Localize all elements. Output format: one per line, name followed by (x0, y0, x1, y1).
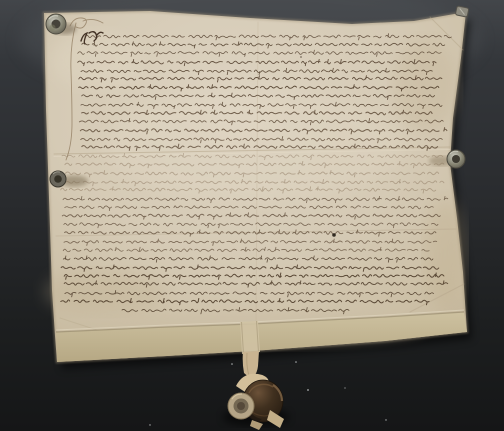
parchment-roll-core (237, 402, 245, 410)
rivet-core (452, 155, 460, 163)
dust-speck (385, 419, 386, 420)
dust-speck (149, 424, 150, 425)
rivet-tarnish (50, 25, 56, 31)
rivet-core (54, 175, 62, 183)
photograph (0, 0, 504, 431)
pin-top-right (455, 6, 469, 17)
dust-speck (231, 363, 233, 365)
dust-speck (344, 387, 345, 388)
charter-photo-canvas (0, 0, 504, 431)
dust-speck (307, 389, 309, 391)
ink-speck (300, 56, 302, 58)
ink-blot (332, 233, 336, 237)
dust-speck (295, 361, 297, 363)
